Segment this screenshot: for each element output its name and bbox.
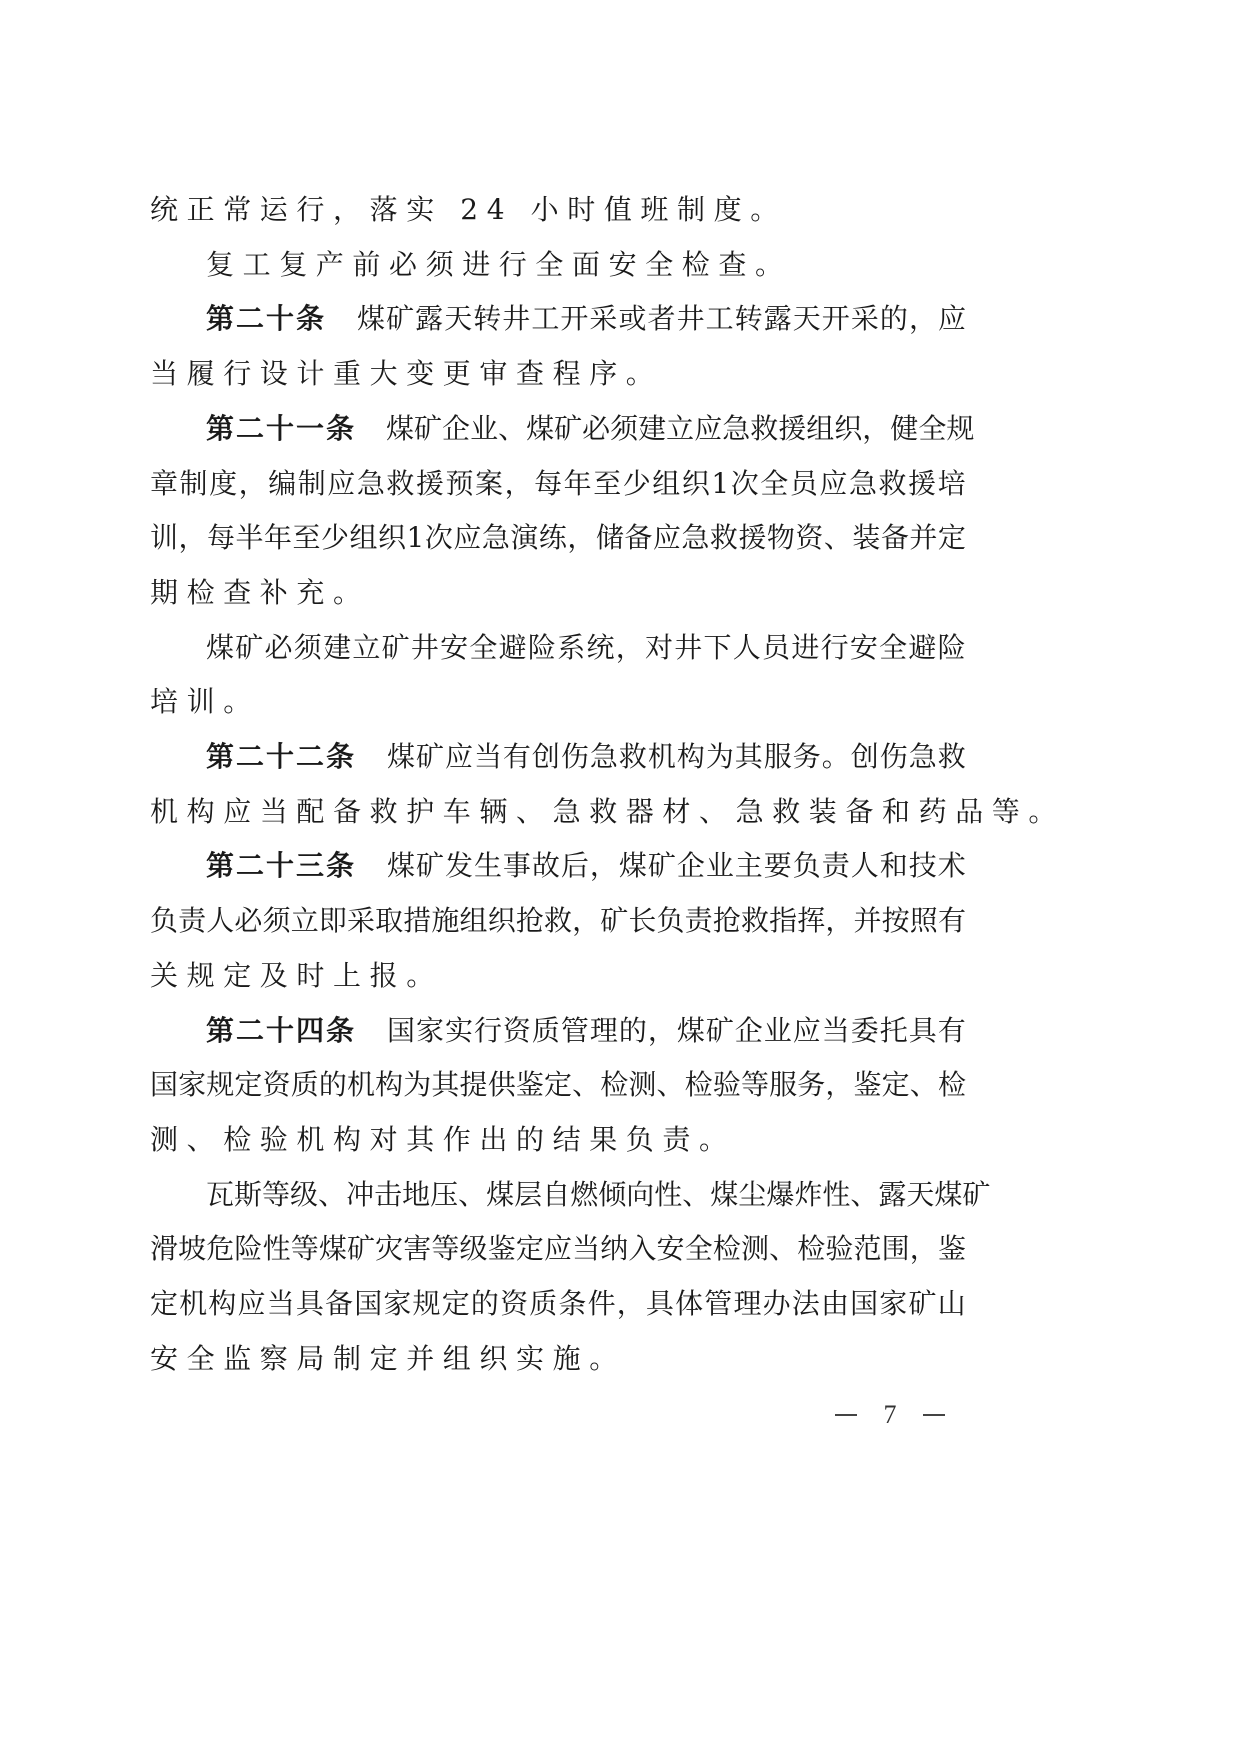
paragraph-line: 安全监察局制定并组织实施。 xyxy=(150,1339,966,1379)
paragraph-line: 复工复产前必须进行全面安全检查。 xyxy=(206,245,966,285)
article-heading: 第二十条 xyxy=(206,299,326,339)
paragraph-line: 负责人必须立即采取措施组织抢救，矿长负责抢救指挥，并按照有 xyxy=(150,901,966,941)
article-heading: 第二十三条 xyxy=(206,846,356,886)
paragraph-line: 章制度，编制应急救援预案，每年至少组织1次全员应急救援培 xyxy=(150,464,966,504)
line-text: 当履行设计重大变更审查程序。 xyxy=(150,357,662,390)
paragraph-line: 瓦斯等级、冲击地压、煤层自燃倾向性、煤尘爆炸性、露天煤矿 xyxy=(206,1175,966,1215)
page-number-dash-left xyxy=(835,1414,857,1416)
article-heading: 第二十一条 xyxy=(206,409,356,449)
page-number-footer: 7 xyxy=(835,1398,945,1432)
paragraph-line: 统正常运行，落实 24 小时值班制度。 xyxy=(150,190,966,230)
line-text: 机构应当配备救护车辆、急救器材、急救装备和药品等。 xyxy=(150,795,1065,828)
paragraph-line: 定机构应当具备国家规定的资质条件，具体管理办法由国家矿山 xyxy=(150,1284,966,1324)
paragraph-line: 期检查补充。 xyxy=(150,573,966,613)
article-paragraph-line: 第二十一条煤矿企业、煤矿必须建立应急救援组织，健全规 xyxy=(206,409,966,449)
line-text: 期检查补充。 xyxy=(150,576,370,609)
paragraph-line: 滑坡危险性等煤矿灾害等级鉴定应当纳入安全检测、检验范围，鉴 xyxy=(150,1229,966,1269)
paragraph-line: 机构应当配备救护车辆、急救器材、急救装备和药品等。 xyxy=(150,792,966,832)
article-heading: 第二十二条 xyxy=(206,737,356,777)
page-number-dash-right xyxy=(923,1414,945,1416)
line-text: 安全监察局制定并组织实施。 xyxy=(150,1342,626,1375)
paragraph-line: 煤矿必须建立矿井安全避险系统，对井下人员进行安全避险 xyxy=(206,628,966,668)
article-paragraph-line: 第二十二条煤矿应当有创伤急救机构为其服务。创伤急救 xyxy=(206,737,966,777)
paragraph-line: 当履行设计重大变更审查程序。 xyxy=(150,354,966,394)
line-text: 培训。 xyxy=(150,685,260,718)
document-page: 统正常运行，落实 24 小时值班制度。复工复产前必须进行全面安全检查。第二十条煤… xyxy=(0,0,1240,1753)
article-heading: 第二十四条 xyxy=(206,1011,356,1051)
paragraph-line: 测、检验机构对其作出的结果负责。 xyxy=(150,1120,966,1160)
page-number: 7 xyxy=(884,1400,897,1430)
article-paragraph-line: 第二十四条国家实行资质管理的，煤矿企业应当委托具有 xyxy=(206,1011,966,1051)
paragraph-line: 国家规定资质的机构为其提供鉴定、检测、检验等服务，鉴定、检 xyxy=(150,1065,966,1105)
paragraph-line: 培训。 xyxy=(150,682,966,722)
article-paragraph-line: 第二十条煤矿露天转井工开采或者井工转露天开采的，应 xyxy=(206,299,966,339)
line-text: 复工复产前必须进行全面安全检查。 xyxy=(206,248,792,281)
paragraph-line: 关规定及时上报。 xyxy=(150,956,966,996)
line-text: 测、检验机构对其作出的结果负责。 xyxy=(150,1123,736,1156)
line-text: 统正常运行，落实 24 小时值班制度。 xyxy=(150,193,787,226)
article-paragraph-line: 第二十三条煤矿发生事故后，煤矿企业主要负责人和技术 xyxy=(206,846,966,886)
paragraph-line: 训，每半年至少组织1次应急演练，储备应急救援物资、装备并定 xyxy=(150,518,966,558)
line-text: 关规定及时上报。 xyxy=(150,959,443,992)
